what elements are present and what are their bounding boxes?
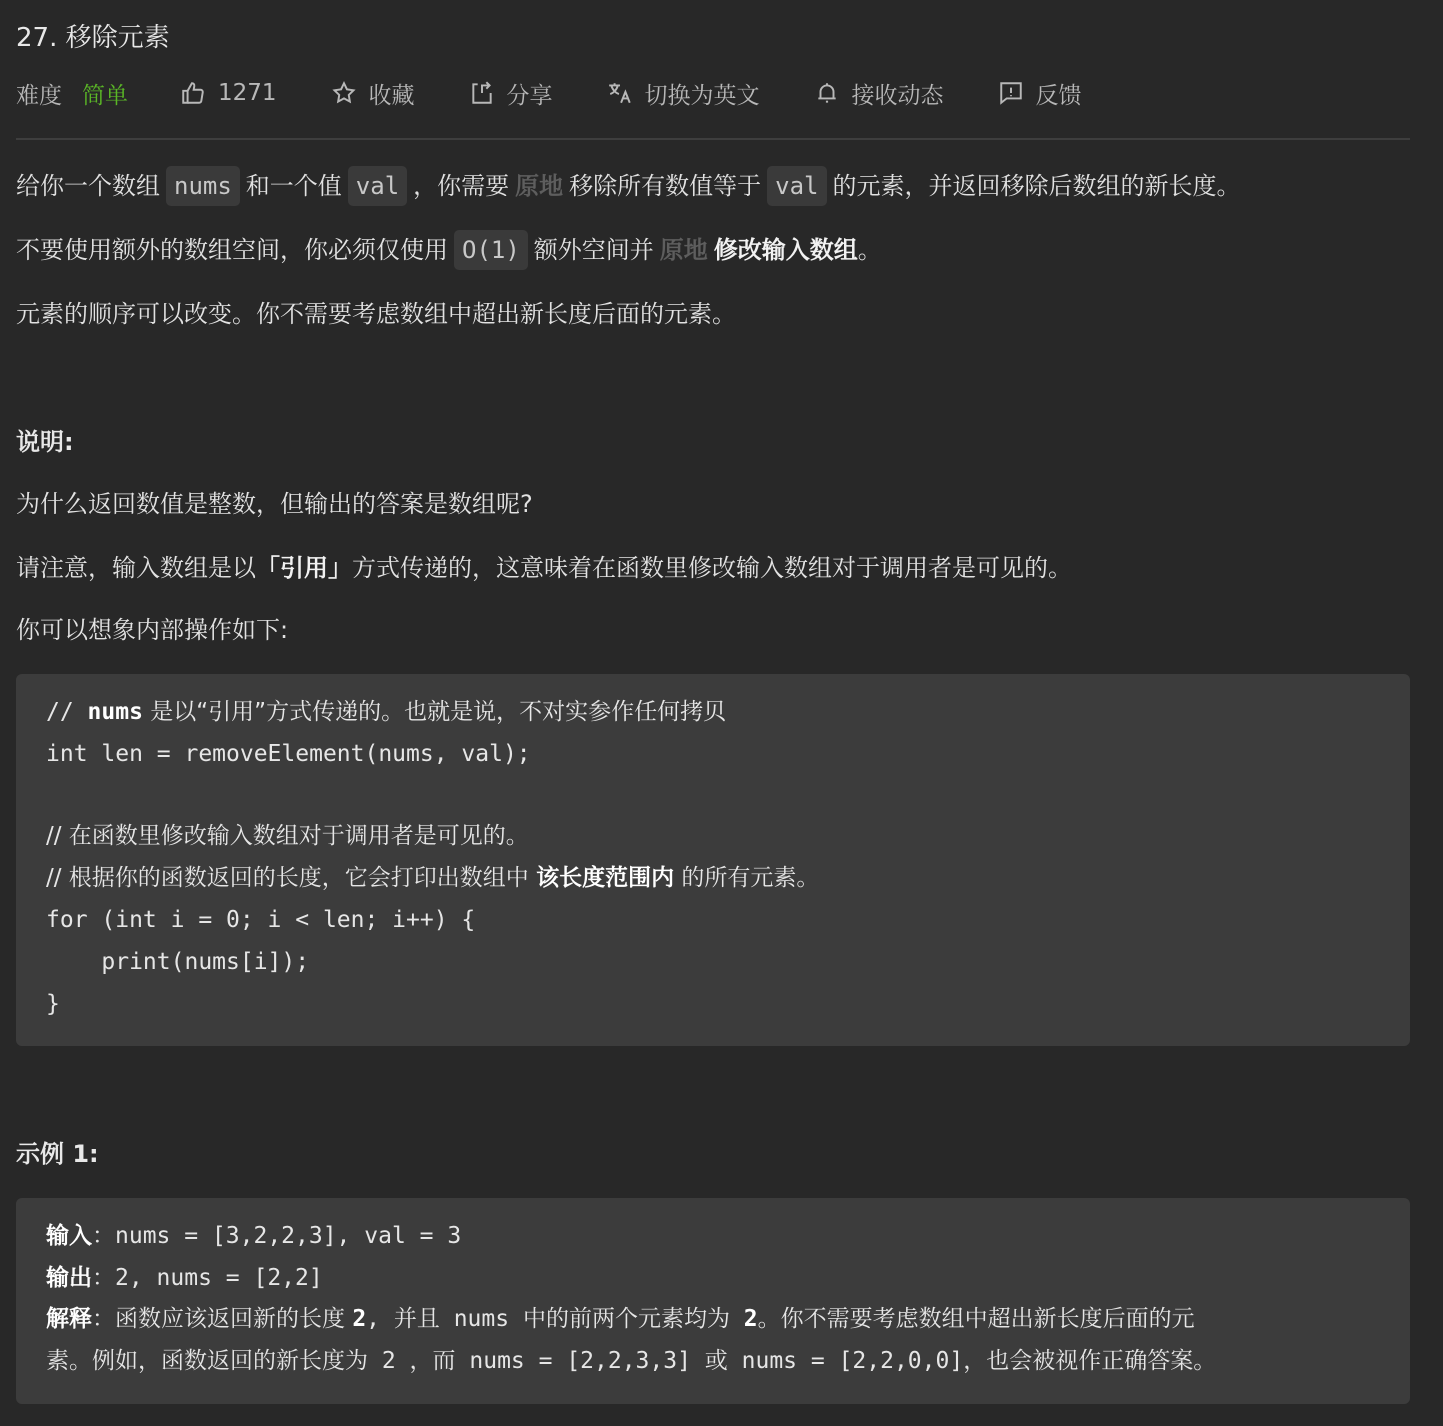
description-paragraph-2: 不要使用额外的数组空间，你必须仅使用O(1)额外空间并原地修改输入数组。 [16,230,882,270]
explanation-heading: 说明: [16,424,74,460]
example-explanation-cont: 素。例如，函数返回的新长度为 2 ，而 nums = [2,2,3,3] 或 n… [46,1341,1216,1381]
like-button[interactable]: 1271 [180,80,277,106]
like-count: 1271 [218,80,277,106]
code-line-4: // 在函数里修改输入数组对于调用者是可见的。 [46,816,529,856]
code-line-1: // nums 是以“引用”方式传递的。也就是说，不对实参作任何拷贝 [46,692,726,732]
modify-input-emphasis: 修改输入数组 [714,236,858,264]
inline-code-nums: nums [166,166,240,206]
description-paragraph-1: 给你一个数组nums和一个值val，你需要原地移除所有数值等于val的元素，并返… [16,166,1241,206]
example-1-heading: 示例 1: [16,1136,99,1172]
difficulty-badge: 简单 [82,77,128,110]
translate-label: 切换为英文 [645,77,760,110]
problem-meta-bar: 难度 简单 1271 收藏 分享 切换为英文 接收动态 反馈 [16,74,1082,112]
explanation-question: 为什么返回数值是整数，但输出的答案是数组呢? [16,484,533,524]
translate-icon [607,80,633,106]
code-line-5: // 根据你的函数返回的长度，它会打印出数组中 该长度范围内 的所有元素。 [46,858,819,898]
share-icon [469,80,495,106]
inline-code-val: val [767,166,826,206]
code-line-7: print(nums[i]); [46,942,309,982]
code-block: // nums 是以“引用”方式传递的。也就是说，不对实参作任何拷贝 int l… [16,674,1410,1046]
header-divider [16,138,1410,140]
explanation-imagine: 你可以想象内部操作如下: [16,610,288,650]
feedback-icon [998,80,1024,106]
example-input: 输入：nums = [3,2,2,3], val = 3 [46,1216,461,1256]
inline-code-complexity: O(1) [454,230,528,270]
subscribe-label: 接收动态 [852,77,944,110]
subscribe-button[interactable]: 接收动态 [814,77,944,110]
share-label: 分享 [507,77,553,110]
code-line-2: int len = removeElement(nums, val); [46,734,531,774]
explanation-note: 请注意，输入数组是以「引用」方式传递的，这意味着在函数里修改输入数组对于调用者是… [16,548,1072,588]
code-line-6: for (int i = 0; i < len; i++) { [46,900,475,940]
feedback-button[interactable]: 反馈 [998,77,1082,110]
example-output: 输出：2, nums = [2,2] [46,1258,323,1298]
share-button[interactable]: 分享 [469,77,553,110]
example-explanation: 解释：函数应该返回新的长度 2, 并且 nums 中的前两个元素均为 2。你不需… [46,1299,1195,1339]
favorite-label: 收藏 [369,77,415,110]
star-icon [331,80,357,106]
description-paragraph-3: 元素的顺序可以改变。你不需要考虑数组中超出新长度后面的元素。 [16,294,736,334]
example-1-block: 输入：nums = [3,2,2,3], val = 3 输出：2, nums … [16,1198,1410,1404]
problem-title: 27. 移除元素 [16,20,170,56]
code-line-8: } [46,984,60,1024]
reference-emphasis: 「引用」 [256,554,352,582]
in-place-emphasis: 原地 [515,172,563,200]
thumbs-up-icon [180,80,206,106]
bell-icon [814,80,840,106]
difficulty-label: 难度 [16,77,62,110]
inline-code-val: val [348,166,407,206]
in-place-emphasis: 原地 [660,236,708,264]
favorite-button[interactable]: 收藏 [331,77,415,110]
translate-button[interactable]: 切换为英文 [607,77,760,110]
feedback-label: 反馈 [1036,77,1082,110]
